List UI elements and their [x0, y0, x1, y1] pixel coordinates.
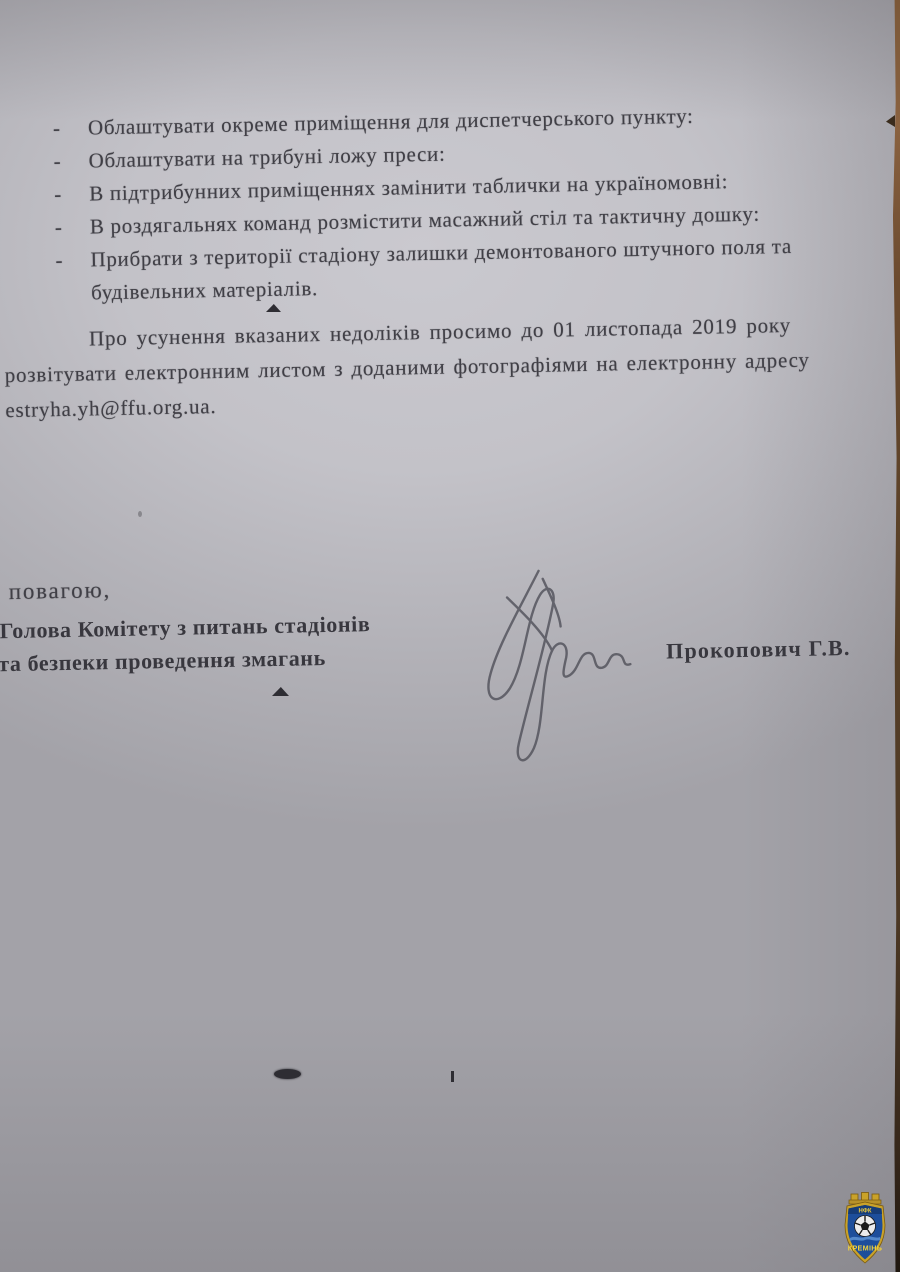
ink-speck: [451, 1071, 454, 1082]
ink-speck: [274, 1069, 301, 1079]
crown-knob: [862, 1193, 869, 1201]
document-content: - Облаштувати окреме приміщення для дисп…: [0, 0, 900, 1272]
signer-title-line2: та безпеки проведення змагань: [0, 645, 326, 677]
salutation: З повагою,: [0, 577, 111, 605]
request-paragraph: Про усунення вказаних недоліків просимо …: [4, 306, 900, 427]
bullet-dash: -: [53, 145, 61, 178]
signer-title-line1: Голова Комітету з питань стадіонів: [0, 611, 371, 644]
signer-name: Прокопович Г.В.: [666, 635, 851, 665]
bullet-dash: -: [53, 112, 61, 145]
scanned-letter-page: { "doc": { "bullets": [ {"marker": "-", …: [0, 0, 900, 1272]
remarks-list: - Облаштувати окреме приміщення для дисп…: [0, 96, 883, 311]
club-initials-text: НФК: [858, 1209, 871, 1215]
ink-speck: [138, 511, 142, 517]
club-name-text: КРЕМІНЬ: [848, 1244, 882, 1253]
bullet-dash: -: [55, 211, 63, 244]
handwritten-signature: [446, 555, 650, 779]
club-crest-logo: НФК КРЕМІНЬ: [838, 1192, 892, 1264]
bullet-dash: -: [55, 244, 63, 277]
closing-block: З повагою, Голова Комітету з питань стад…: [0, 0, 897, 1]
list-item-text: будівельних матеріалів.: [91, 276, 318, 304]
bullet-dash: -: [54, 178, 62, 211]
list-item-text: Облаштувати на трибуні ложу преси:: [88, 142, 445, 173]
